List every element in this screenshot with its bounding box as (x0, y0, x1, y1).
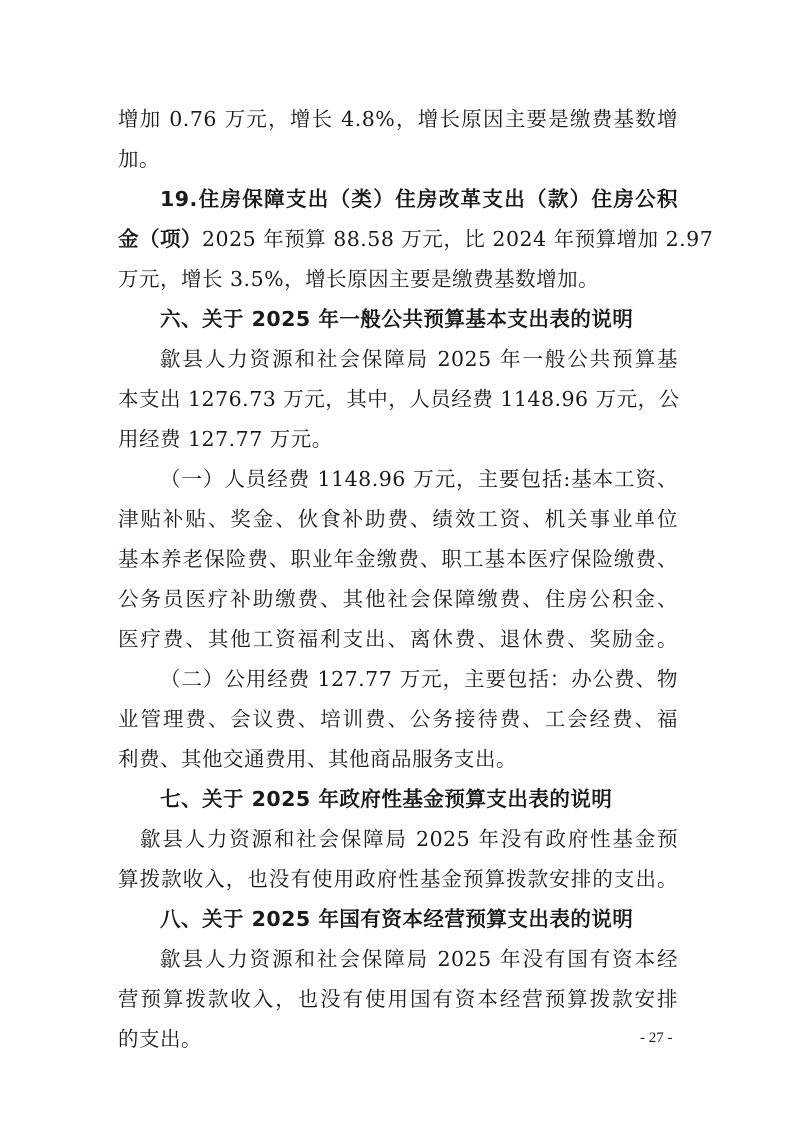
personnel-expense-line: 医疗费、其他工资福利支出、离休费、退休费、奖励金。 (118, 626, 678, 652)
section-8-heading: 八、关于 2025 年国有资本经营预算支出表的说明 (160, 906, 678, 932)
item-19-title: 19.住房保障支出（类）住房改革支出（款）住房公积 (160, 187, 678, 211)
section-8-body: 歙县人力资源和社会保障局 2025 年没有国有资本经 (160, 946, 678, 972)
paragraph-line: 增加 0.76 万元，增长 4.8%，增长原因主要是缴费基数增 (118, 106, 678, 132)
section-7-heading: 七、关于 2025 年政府性基金预算支出表的说明 (160, 786, 678, 812)
section-8-body: 的支出。 (118, 1026, 678, 1052)
section-6-body: 本支出 1276.73 万元，其中，人员经费 1148.96 万元，公 (118, 386, 678, 412)
section-8-body: 营预算拨款收入，也没有使用国有资本经营预算拨款安排 (118, 986, 678, 1012)
personnel-expense-line: 公务员医疗补助缴费、其他社会保障缴费、住房公积金、 (118, 586, 678, 612)
section-6-body: 歙县人力资源和社会保障局 2025 年一般公共预算基 (160, 346, 678, 372)
item-19-title-cont: 金（项） (118, 227, 202, 251)
public-expense-line: （二）公用经费 127.77 万元，主要包括：办公费、物 (160, 666, 678, 692)
section-6-body: 用经费 127.77 万元。 (118, 426, 678, 452)
section-7-body: 歙县人力资源和社会保障局 2025 年没有政府性基金预 (140, 826, 678, 852)
section-6-heading: 六、关于 2025 年一般公共预算基本支出表的说明 (160, 306, 678, 332)
public-expense-line: 利费、其他交通费用、其他商品服务支出。 (118, 746, 678, 772)
personnel-expense-line: 津贴补贴、奖金、伙食补助费、绩效工资、机关事业单位 (118, 506, 678, 532)
item-19-line: 万元，增长 3.5%，增长原因主要是缴费基数增加。 (118, 266, 678, 292)
item-19-text: 2025 年预算 88.58 万元，比 2024 年预算增加 2.97 (202, 227, 713, 251)
section-7-body: 算拨款收入，也没有使用政府性基金预算拨款安排的支出。 (118, 866, 678, 892)
paragraph-line: 加。 (118, 146, 678, 172)
item-19-line: 金（项）2025 年预算 88.58 万元，比 2024 年预算增加 2.97 (118, 226, 678, 252)
public-expense-line: 业管理费、会议费、培训费、公务接待费、工会经费、福 (118, 706, 678, 732)
personnel-expense-line: 基本养老保险费、职业年金缴费、职工基本医疗保险缴费、 (118, 546, 678, 572)
personnel-expense-line: （一）人员经费 1148.96 万元，主要包括:基本工资、 (160, 466, 678, 492)
item-19-line: 19.住房保障支出（类）住房改革支出（款）住房公积 (160, 186, 678, 212)
page-number: - 27 - (640, 1030, 673, 1047)
